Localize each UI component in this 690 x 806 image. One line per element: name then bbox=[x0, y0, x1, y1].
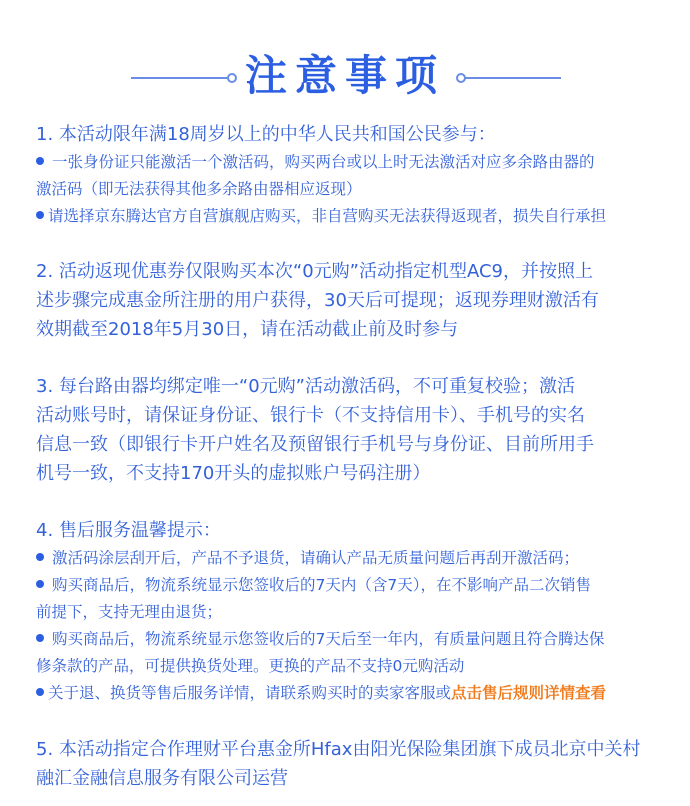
list-item: 关于退、换货等售后服务详情，请联系购买时的卖家客服或点击售后规则详情查看 bbox=[36, 680, 661, 707]
header: 注意事项 bbox=[0, 44, 690, 106]
list-item-continuation: 前提下，支持无理由退货； bbox=[36, 599, 661, 626]
paragraph-line: 3. 每台路由器均绑定唯一“0元购”活动激活码，不可重复校验；激活 bbox=[36, 372, 661, 401]
notice-section-3: 3. 每台路由器均绑定唯一“0元购”活动激活码，不可重复校验；激活 活动账号时，… bbox=[36, 372, 661, 488]
paragraph-line: 信息一致（即银行卡开户姓名及预留银行手机号与身份证、目前所用手 bbox=[36, 430, 661, 459]
page-title: 注意事项 bbox=[0, 48, 690, 104]
notice-section-5: 5. 本活动指定合作理财平台惠金所Hfax由阳光保险集团旗下成员北京中关村 融汇… bbox=[36, 735, 661, 793]
after-sales-rules-link[interactable]: 点击售后规则详情查看 bbox=[451, 684, 606, 702]
notice-section-1: 1. 本活动限年满18周岁以上的中华人民共和国公民参与： 一张身份证只能激活一个… bbox=[36, 120, 661, 230]
paragraph-line: 效期截至2018年5月30日，请在活动截止前及时参与 bbox=[36, 315, 661, 344]
bullet-icon bbox=[36, 688, 44, 696]
bullet-icon bbox=[36, 157, 44, 165]
list-item: 购买商品后，物流系统显示您签收后的7天后至一年内，有质量问题且符合腾达保 bbox=[36, 626, 661, 653]
paragraph-line: 2. 活动返现优惠券仅限购买本次“0元购”活动指定机型AC9，并按照上 bbox=[36, 257, 661, 286]
paragraph-line: 述步骤完成惠金所注册的用户获得，30天后可提现；返现券理财激活有 bbox=[36, 286, 661, 315]
list-item-continuation: 激活码（即无法获得其他多余路由器相应返现） bbox=[36, 176, 661, 203]
section-heading: 4. 售后服务温馨提示： bbox=[36, 516, 661, 545]
list-item-continuation: 修条款的产品，可提供换货处理。更换的产品不支持0元购活动 bbox=[36, 653, 661, 680]
paragraph-line: 融汇金融信息服务有限公司运营 bbox=[36, 764, 661, 793]
bullet-icon bbox=[36, 211, 44, 219]
list-item: 请选择京东腾达官方自营旗舰店购买，非自营购买无法获得返现者，损失自行承担 bbox=[36, 203, 661, 230]
header-divider-right bbox=[464, 77, 561, 79]
paragraph-line: 5. 本活动指定合作理财平台惠金所Hfax由阳光保险集团旗下成员北京中关村 bbox=[36, 735, 661, 764]
list-item: 一张身份证只能激活一个激活码，购买两台或以上时无法激活对应多余路由器的 bbox=[36, 149, 661, 176]
bullet-icon bbox=[36, 634, 44, 642]
bullet-icon bbox=[36, 580, 44, 588]
bullet-icon bbox=[36, 553, 44, 561]
notice-section-2: 2. 活动返现优惠券仅限购买本次“0元购”活动指定机型AC9，并按照上 述步骤完… bbox=[36, 257, 661, 344]
paragraph-line: 机号一致，不支持170开头的虚拟账户号码注册） bbox=[36, 459, 661, 488]
paragraph-line: 活动账号时，请保证身份证、银行卡（不支持信用卡）、手机号的实名 bbox=[36, 401, 661, 430]
notice-content: 1. 本活动限年满18周岁以上的中华人民共和国公民参与： 一张身份证只能激活一个… bbox=[36, 120, 661, 793]
notice-section-4: 4. 售后服务温馨提示： 激活码涂层刮开后，产品不予退货，请确认产品无质量问题后… bbox=[36, 516, 661, 707]
list-item: 激活码涂层刮开后，产品不予退货，请确认产品无质量问题后再刮开激活码； bbox=[36, 545, 661, 572]
section-heading: 1. 本活动限年满18周岁以上的中华人民共和国公民参与： bbox=[36, 120, 661, 149]
list-item: 购买商品后，物流系统显示您签收后的7天内（含7天），在不影响产品二次销售 bbox=[36, 572, 661, 599]
